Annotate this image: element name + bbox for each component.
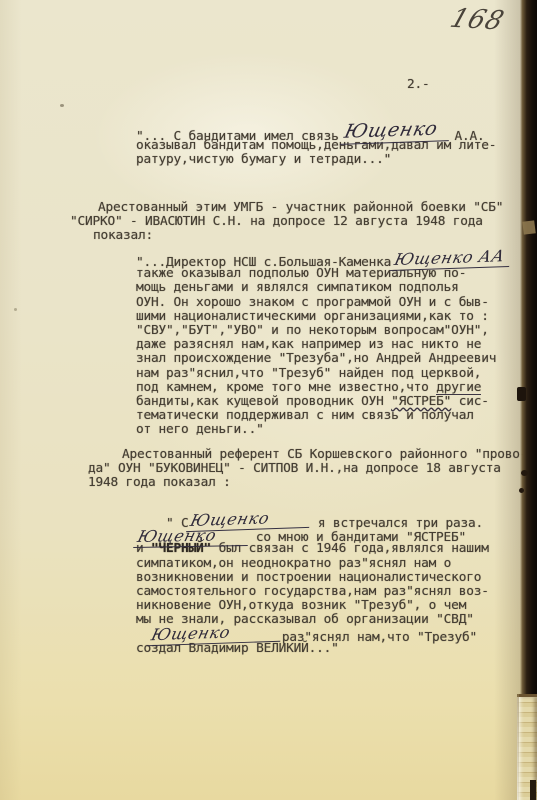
typed-text: показал: xyxy=(93,228,153,243)
text-line: Ющенкосо мною и бандитами "ЯСТРЕБ" xyxy=(136,526,489,540)
text-line: никновение ОУН,откуда возник "Трезуб", о… xyxy=(136,597,489,611)
scanned-document-page: 168 2.- "... С бандитами имел связьЮщенк… xyxy=(0,0,537,800)
typed-page-number: 2.- xyxy=(407,77,430,92)
text-line: тематически поддерживал с ним связь и по… xyxy=(136,407,511,421)
text-line: "...Директор НСШ с.Большая-КаменкаЮщенко… xyxy=(136,251,511,265)
edge-speck xyxy=(519,488,524,493)
text-line: от него деньги.." xyxy=(136,421,511,435)
text-line: "СИРКО" - ИВАСЮТИН С.Н. на допросе 12 ав… xyxy=(70,213,503,227)
quote-paragraph-1: "... С бандитами имел связьЮщенкоА.А.ока… xyxy=(136,123,496,166)
typed-text: от него деньги.." xyxy=(136,422,264,437)
body-paragraph-ivasyutin: Арестованный этим УМГБ - участник районн… xyxy=(70,199,503,242)
handwritten-name: Ющенко xyxy=(339,117,453,145)
text-line: ратуру,чистую бумагу и тетради..." xyxy=(136,151,496,165)
edge-mark xyxy=(517,387,526,401)
edge-speck xyxy=(521,470,528,476)
body-paragraph-sitpov: Арестованный референт СБ Коршевского рай… xyxy=(88,446,527,489)
text-line: симпатиком,он неоднократно раз"яснял нам… xyxy=(136,555,489,569)
text-line: "СВУ","БУТ","УВО" и по некоторым вопроса… xyxy=(136,322,511,336)
typed-text: 1948 года показал : xyxy=(88,475,231,490)
text-line: Ющенкораз"яснял нам,что "Трезуб" xyxy=(150,626,489,640)
text-line: " СЮщенко я встречался три раза. xyxy=(166,512,489,526)
paper-speck xyxy=(60,104,64,107)
text-line: самостоятельного государства,нам раз"ясн… xyxy=(136,583,489,597)
book-binding-edge xyxy=(520,0,537,695)
paper-crease xyxy=(517,694,519,800)
text-line: возникновении и построении националистич… xyxy=(136,569,489,583)
text-line: "... С бандитами имел связьЮщенкоА.А. xyxy=(136,123,496,137)
text-line: шими националистическими организациями,к… xyxy=(136,308,511,322)
text-line: бандиты,как кущевой проводник ОУН "ЯСТРЕ… xyxy=(136,393,511,407)
text-line: даже разяснял нам,как например из нас ни… xyxy=(136,336,511,350)
quote-paragraph-3: " СЮщенко я встречался три раза.Ющенкосо… xyxy=(136,512,489,654)
edge-notch xyxy=(522,220,535,234)
paper-speck xyxy=(14,308,17,311)
text-line: 1948 года показал : xyxy=(88,474,527,488)
text-line: ОУН. Он хорошо знаком с программой ОУН и… xyxy=(136,294,511,308)
typed-text: ратуру,чистую бумагу и тетради..." xyxy=(136,152,391,167)
handwritten-name: Ющенко xyxy=(147,620,285,646)
text-line: Арестованный этим УМГБ - участник районн… xyxy=(98,199,503,213)
text-line: да" ОУН "БУКОВИНЕЦ" - СИТПОВ И.Н.,на доп… xyxy=(88,460,527,474)
text-line: мощь деньгами и являлся симпатиком подпо… xyxy=(136,279,511,293)
handwritten-name: Ющенко xyxy=(133,525,253,548)
text-line: знал происхождение "Трезуба",но Андрей А… xyxy=(136,350,511,364)
text-line: под камнем, кроме того мне известно,что … xyxy=(136,379,511,393)
corner-mark xyxy=(530,780,536,800)
text-line: показал: xyxy=(93,227,503,241)
text-line: нам раз"яснил,что "Трезуб" найден под це… xyxy=(136,365,511,379)
handwritten-name: Ющенко АА xyxy=(390,246,514,271)
archival-page-number-handwritten: 168 xyxy=(446,4,508,37)
text-line: Арестованный референт СБ Коршевского рай… xyxy=(122,446,527,460)
quote-paragraph-2: "...Директор НСШ с.Большая-КаменкаЮщенко… xyxy=(136,251,511,435)
